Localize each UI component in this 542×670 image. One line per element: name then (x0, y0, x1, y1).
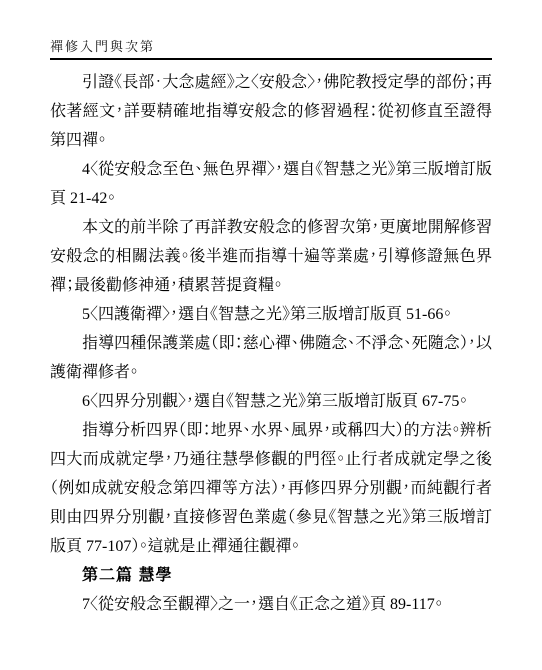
paragraph: 6〈四界分別觀〉，選自《智慧之光》第三版增訂版頁 67-75。 (50, 387, 492, 416)
running-header: 禪修入門與次第 (50, 36, 492, 60)
paragraph: 引證《長部‧大念處經》之〈安般念〉，佛陀教授定學的部份；再依著經文，詳要精確地指… (50, 68, 492, 155)
paragraph: 5〈四護衛禪〉，選自《智慧之光》第三版增訂版頁 51-66。 (50, 300, 492, 329)
paragraph: 4〈從安般念至色、無色界禪〉，選自《智慧之光》第三版增訂版頁 21-42。 (50, 155, 492, 213)
page-body: 引證《長部‧大念處經》之〈安般念〉，佛陀教授定學的部份；再依著經文，詳要精確地指… (50, 68, 492, 619)
paragraph: 指導分析四界（即：地界、水界、風界，或稱四大）的方法。辨析四大而成就定學，乃通往… (50, 416, 492, 561)
paragraph: 7〈從安般念至觀禪〉之一，選自《正念之道》頁 89-117。 (50, 590, 492, 619)
paragraph: 指導四種保護業處（即：慈心禪、佛隨念、不淨念、死隨念），以護衛禪修者。 (50, 329, 492, 387)
book-page: 禪修入門與次第 引證《長部‧大念處經》之〈安般念〉，佛陀教授定學的部份；再依著經… (0, 0, 542, 670)
running-header-title: 禪修入門與次第 (50, 39, 155, 54)
section-heading: 第二篇 慧學 (50, 561, 492, 590)
paragraph: 本文的前半除了再詳教安般念的修習次第，更廣地開解修習安般念的相關法義。後半進而指… (50, 213, 492, 300)
